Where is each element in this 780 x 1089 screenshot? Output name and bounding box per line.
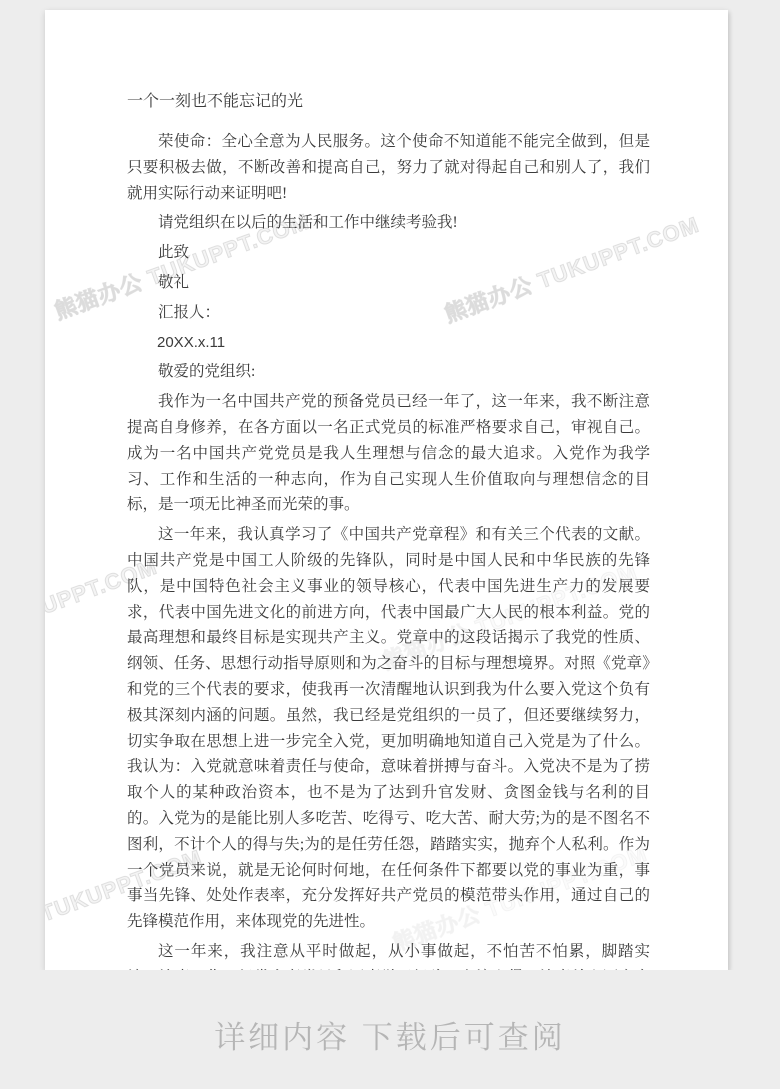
paragraph: 荣使命：全心全意为人民服务。这个使命不知道能不能完全做到，但是只要积极去做，不断… [127,129,650,206]
paragraph: 此致 [127,240,650,266]
document-preview-background: 熊猫办公 TUKUPPT.COM 熊猫办公 TUKUPPT.COM 熊猫办公 T… [0,0,780,1089]
download-hint-text: 详细内容 下载后可查阅 [214,1022,566,1053]
download-hint-banner: 详细内容 下载后可查阅 [0,970,780,1089]
paragraph: 20XX.x.11 [127,330,650,356]
paragraph: 我作为一名中国共产党的预备党员已经一年了，这一年来，我不断注意提高自身修养，在各… [127,389,650,518]
document-title: 一个一刻也不能忘记的光 [127,90,650,114]
paragraph: 敬爱的党组织: [127,359,650,385]
paragraph: 敬礼 [127,270,650,296]
document-body: 荣使命：全心全意为人民服务。这个使命不知道能不能完全做到，但是只要积极去做，不断… [127,129,650,970]
paragraph: 汇报人： [127,300,650,326]
paragraph: 这一年来，我认真学习了《中国共产党章程》和有关三个代表的文献。中国共产党是中国工… [127,522,650,935]
document-page: 熊猫办公 TUKUPPT.COM 熊猫办公 TUKUPPT.COM 熊猫办公 T… [45,10,728,970]
document-content: 一个一刻也不能忘记的光 荣使命：全心全意为人民服务。这个使命不知道能不能完全做到… [127,90,650,970]
paragraph: 请党组织在以后的生活和工作中继续考验我! [127,210,650,236]
paragraph: 这一年来，我注意从平时做起，从小事做起，不怕苦不怕累，脚踏实地，认真工作，经常向… [127,939,650,970]
